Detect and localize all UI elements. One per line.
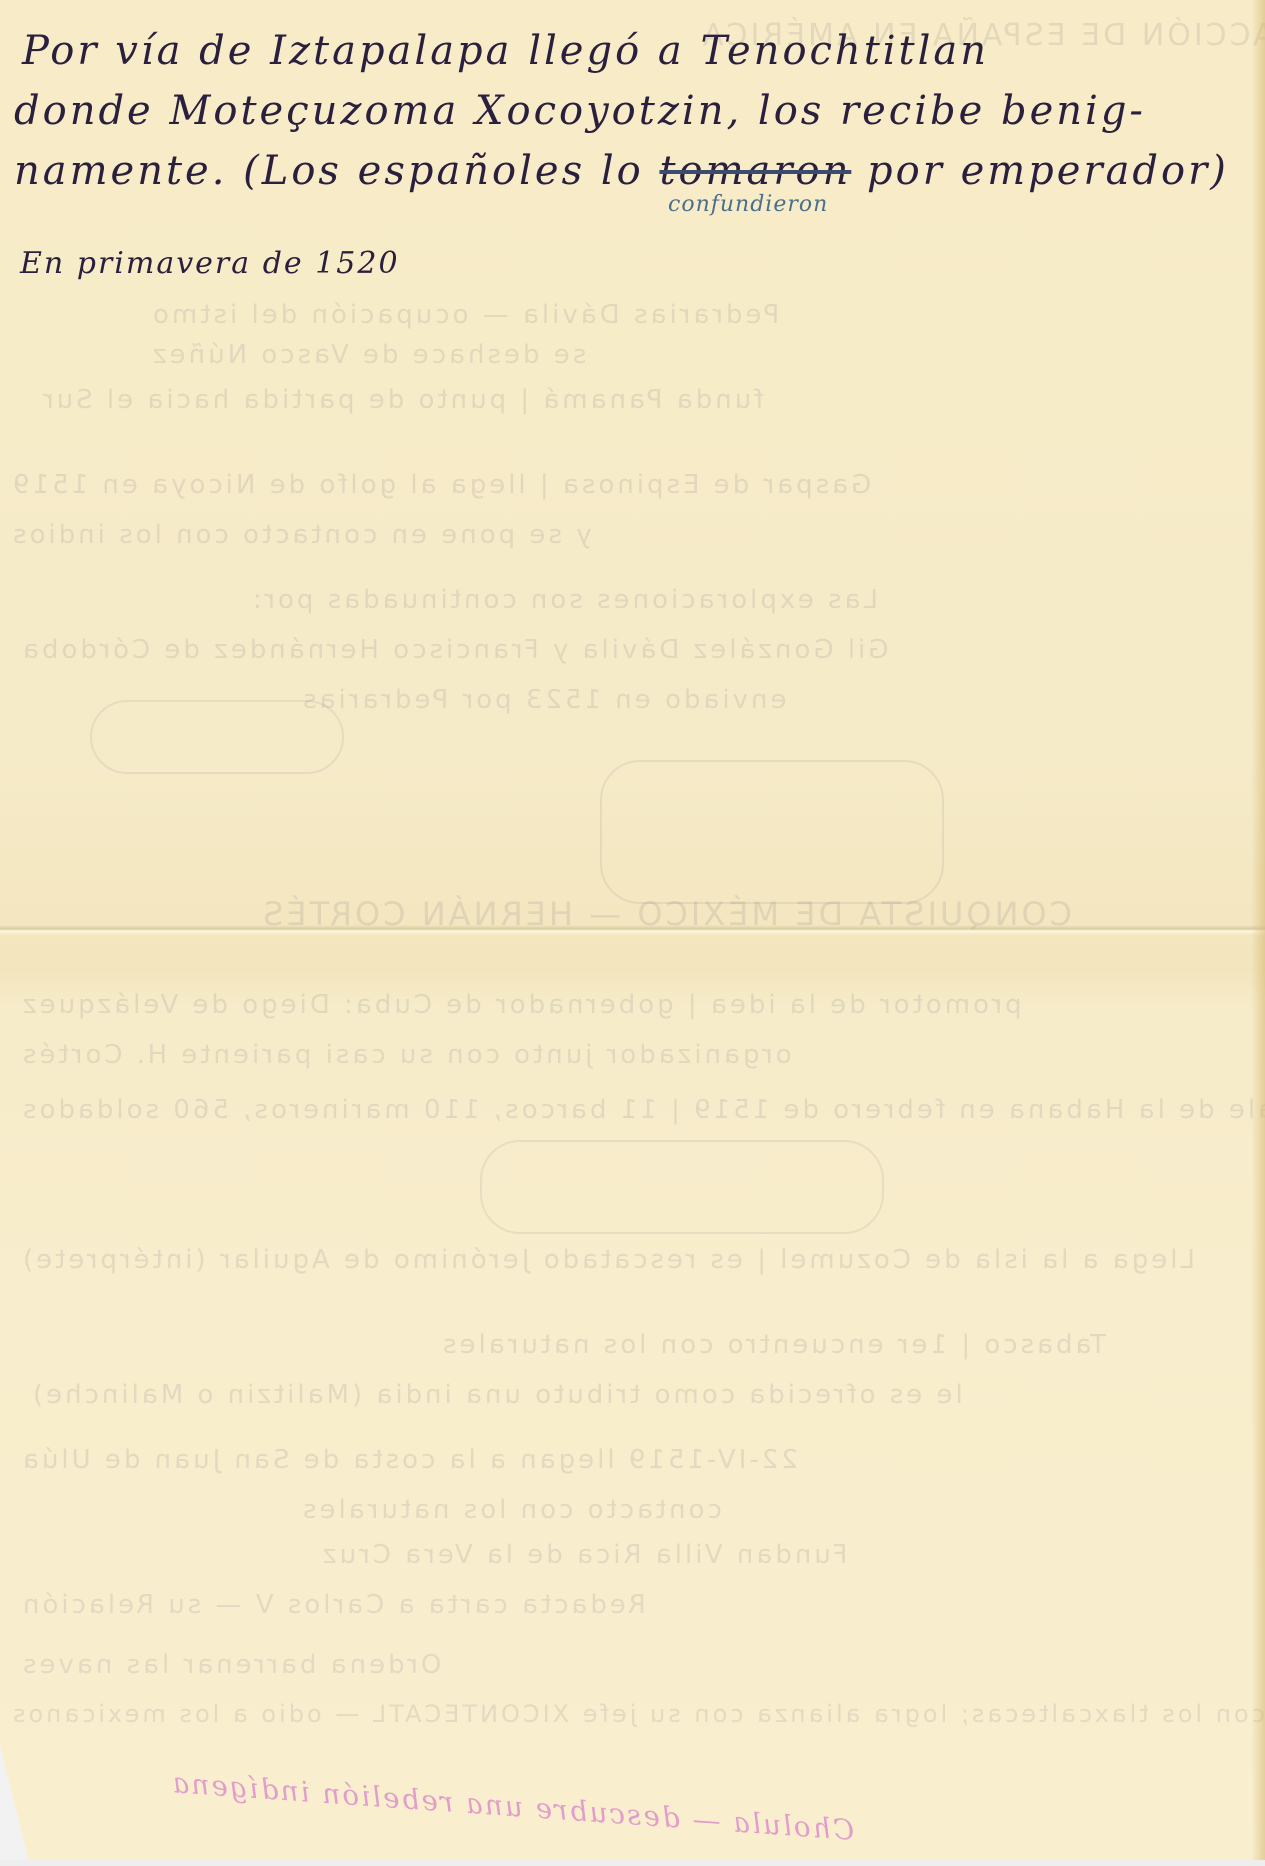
bleed-line: se deshace de Vasco Núñez <box>150 340 586 370</box>
bleed-oval <box>600 760 944 904</box>
scan-bottom-edge <box>0 1860 1265 1866</box>
bleed-line: Llega a la isla de Cozumel | es rescatad… <box>20 1245 1195 1275</box>
line-3-end: por emperador) <box>851 148 1229 194</box>
bleed-line: Fundan Villa Rica de la Vera Cruz <box>320 1540 847 1570</box>
bleed-line: 22-IV-1519 llegan a la costa de San Juan… <box>20 1445 798 1475</box>
bleed-line: y se pone en contacto con los indios <box>10 520 592 550</box>
bleed-oval <box>90 700 344 774</box>
paper-fold-crease <box>0 925 1265 935</box>
bleed-line: funda Panamá | punto de partida hacia el… <box>40 385 763 415</box>
bleed-line: organizador junto con su casi pariente H… <box>20 1040 792 1070</box>
bleed-line: promotor de la idea | gobernador de Cuba… <box>20 990 1022 1020</box>
bleed-line: Redacta carta a Carlos V — su Relación <box>20 1590 646 1620</box>
bleed-line: le es ofrecida como tributo una india (M… <box>30 1380 963 1410</box>
torn-corner <box>0 1746 30 1866</box>
bleed-line: Serie de batallas con los tlaxcaltecas; … <box>10 1700 1265 1728</box>
bleed-line: Gil González Dávila y Francisco Hernánde… <box>20 635 888 665</box>
bleed-line: Ordena barrenar las naves <box>20 1650 441 1680</box>
bleed-line: Tabasco | 1er encuentro con los naturale… <box>440 1330 1106 1360</box>
bleed-line: enviado en 1523 por Pedrarias <box>300 685 787 715</box>
struck-word: tomaron <box>659 148 851 194</box>
bleed-line: contacto con los naturales <box>300 1495 722 1525</box>
bleed-line: H.C. sale de la Habana en febrero de 151… <box>20 1095 1265 1125</box>
handwritten-line-2: donde Moteçuzoma Xocoyotzin, los recibe … <box>14 88 1146 134</box>
bleed-line: Gaspar de Espinosa | llega al golfo de N… <box>10 470 871 500</box>
line-3-start: namente. (Los españoles lo <box>14 148 659 194</box>
correction-word: confundieron <box>668 192 828 217</box>
handwritten-line-4: En primavera de 1520 <box>20 246 400 281</box>
bleed-line: Las exploraciones son continuadas por: <box>250 585 878 615</box>
handwritten-line-1: Por vía de Iztapalapa llegó a Tenochtitl… <box>22 28 989 74</box>
bleed-pink-line: Cholula — descubre una rebelión indígena <box>170 1766 856 1847</box>
paper-edge-shadow <box>1251 0 1265 1866</box>
bleed-line: Pedrarias Dávila — ocupación del istmo <box>150 300 779 330</box>
bleed-oval <box>480 1140 884 1234</box>
notebook-page: ACCIÓN DE ESPAÑA EN AMÉRICA Pedrarias Dá… <box>0 0 1265 1866</box>
handwritten-line-3: namente. (Los españoles lo tomaron por e… <box>14 148 1229 194</box>
